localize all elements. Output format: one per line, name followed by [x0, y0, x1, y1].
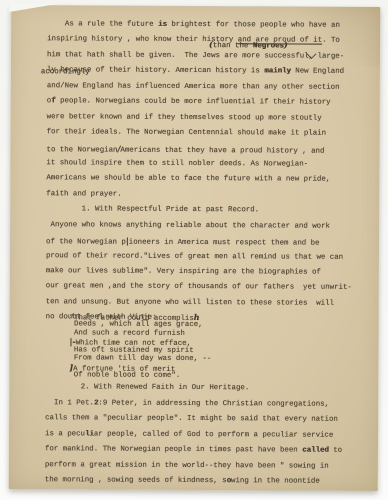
typed-line: proud of their record."Lives of great me…	[46, 249, 352, 266]
typed-line: of people. Norwegians could be more infl…	[47, 94, 353, 111]
paper-corner-fold	[9, 3, 61, 12]
typed-line: make our lives sublime". Very inspiring …	[46, 264, 352, 281]
typed-line: and/New England has influenced America m…	[47, 79, 353, 96]
typed-line: As a rule the future is brightest for th…	[47, 17, 353, 34]
typed-line: to the Norwegian/Americans that they hav…	[46, 141, 352, 158]
poem-block-vinje: "That father could accomplish Deeds , wh…	[69, 312, 211, 380]
typed-line: Of noble blood to come".	[69, 371, 211, 380]
typed-line: 2. With Renewed Faith in Our Heritage.	[45, 380, 342, 397]
typed-line: for their ideals. The Norwegian Centenni…	[47, 125, 353, 142]
paragraph-block-main: As a rule the future is brightest for th…	[46, 17, 354, 327]
annotation-than-the-negroes: (than the Negroes)	[209, 39, 288, 50]
typed-line: ten and unsung. But anyone who will list…	[46, 295, 352, 312]
typed-line: From dawn till day was done, --	[69, 355, 211, 364]
typed-line: 1. With Respectful Pride at past Record.	[46, 202, 352, 219]
typed-line: ly because of their history. American hi…	[47, 64, 353, 81]
typed-line: it should inspire them to still nobler d…	[46, 156, 352, 173]
typed-line: Americans we should be able to face the …	[46, 172, 352, 189]
typed-line: perform a great mission in the world--th…	[45, 458, 342, 475]
typed-line: inspiring history , who know their histo…	[47, 33, 353, 50]
typed-line: the morning , sowing seeds of kindness, …	[45, 473, 342, 490]
typed-line: for mankind. The Norwegian people in tim…	[45, 442, 342, 459]
typed-line: faith and prayer.	[46, 187, 352, 204]
typed-line: In 1 Pet.2:9 Peter, in addressing the Ch…	[45, 396, 342, 413]
typed-line: is a peculiar people, called of God to p…	[45, 427, 342, 444]
typed-line: of the Norwegian p|ioneers in America mu…	[46, 233, 352, 250]
typescript-page: As a rule the future is brightest for th…	[9, 5, 381, 491]
typed-line: Anyone who knows anything reliable about…	[46, 218, 352, 235]
typed-line: calls them a "peculiar people". It might…	[45, 411, 342, 428]
typed-line: him that hath shall be given. The Jews a…	[47, 48, 353, 65]
typed-line: our great men ,and the story of thousand…	[46, 280, 352, 297]
typed-line: were better known and if they themselves…	[47, 110, 353, 127]
paragraph-block-closing: 2. With Renewed Faith in Our Heritage. I…	[45, 380, 343, 490]
annotation-accordingly: accordingly	[41, 68, 90, 76]
